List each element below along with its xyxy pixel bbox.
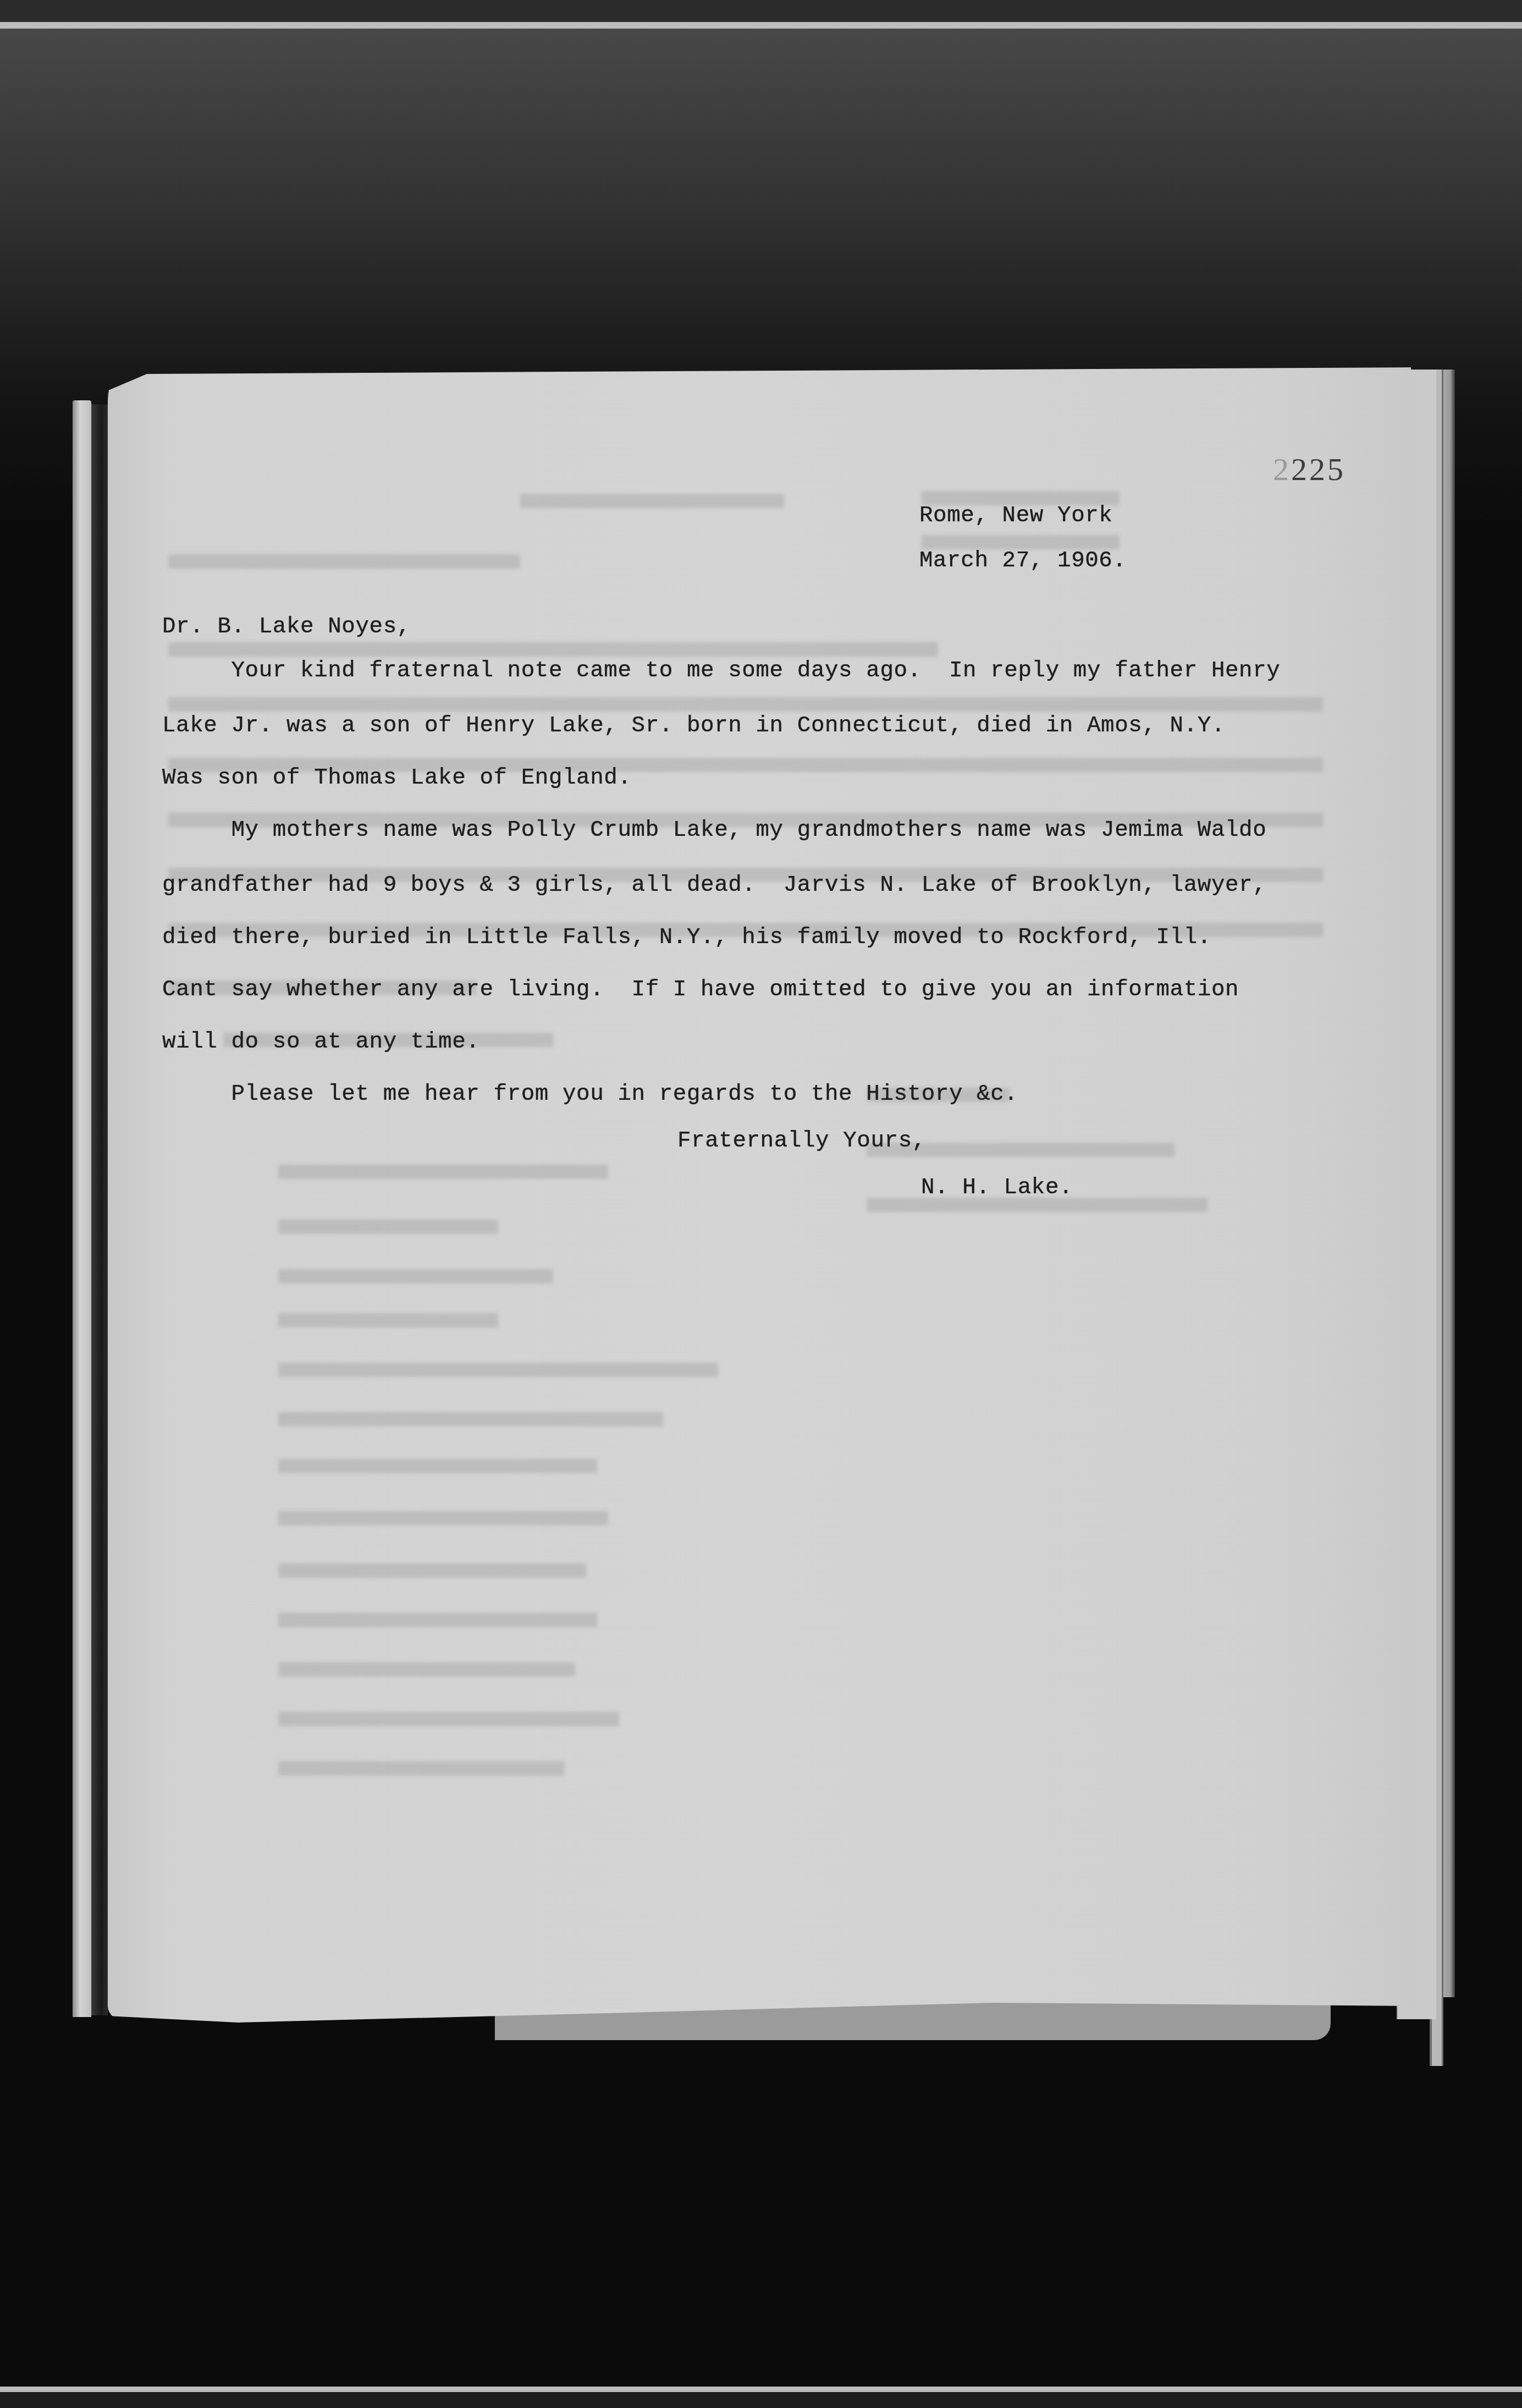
body-line-5: grandfather had 9 boys & 3 girls, all de… [162,874,1266,897]
page-number: 2225 [1273,451,1345,488]
bleed-through-text [278,1761,564,1776]
film-top-band [0,0,1522,22]
film-bottom-band [0,2392,1522,2408]
bleed-through-text [278,1220,498,1234]
bleed-through-text [278,1662,575,1677]
bleed-through-text [278,1412,663,1426]
film-bottom-edge [0,2387,1522,2392]
page-number-ghost-digit: 2 [1273,451,1291,487]
bleed-through-text [278,1459,597,1473]
film-top-edge [0,22,1522,29]
body-line-7: Cant say whether any are living. If I ha… [162,979,1239,1001]
letter-closing: Fraternally Yours, [677,1130,926,1153]
bleed-through-text [278,1613,597,1627]
bleed-through-text [922,535,1120,549]
page-number-value: 225 [1291,451,1345,487]
bleed-through-text [278,1563,586,1578]
bleed-through-text [168,642,938,657]
body-line-8: will do so at any time. [162,1031,479,1054]
body-line-3: Was son of Thomas Lake of England. [162,767,632,790]
body-line-9: Please let me hear from you in regards t… [162,1083,1018,1106]
bleed-through-text [278,1511,608,1525]
bleed-through-text [278,1363,718,1377]
bleed-through-text [278,1269,553,1283]
body-line-1: Your kind fraternal note came to me some… [162,660,1280,682]
letter-date: March 27, 1906. [919,550,1127,572]
body-line-4: My mothers name was Polly Crumb Lake, my… [162,819,1266,842]
letter-location: Rome, New York [919,505,1112,527]
bleed-through-text [278,1712,619,1726]
bleed-through-text [520,494,784,508]
body-line-2: Lake Jr. was a son of Henry Lake, Sr. bo… [162,715,1225,737]
body-line-6: died there, buried in Little Falls, N.Y.… [162,927,1211,949]
previous-page-edge [73,400,91,2017]
bleed-through-text [278,1165,608,1179]
bleed-through-text [168,697,1323,712]
bleed-through-text [278,1313,498,1327]
bleed-through-text [168,554,520,569]
binding-gutter [91,404,108,2015]
letter-salutation: Dr. B. Lake Noyes, [162,616,411,638]
letter-signature: N. H. Lake. [921,1177,1073,1199]
